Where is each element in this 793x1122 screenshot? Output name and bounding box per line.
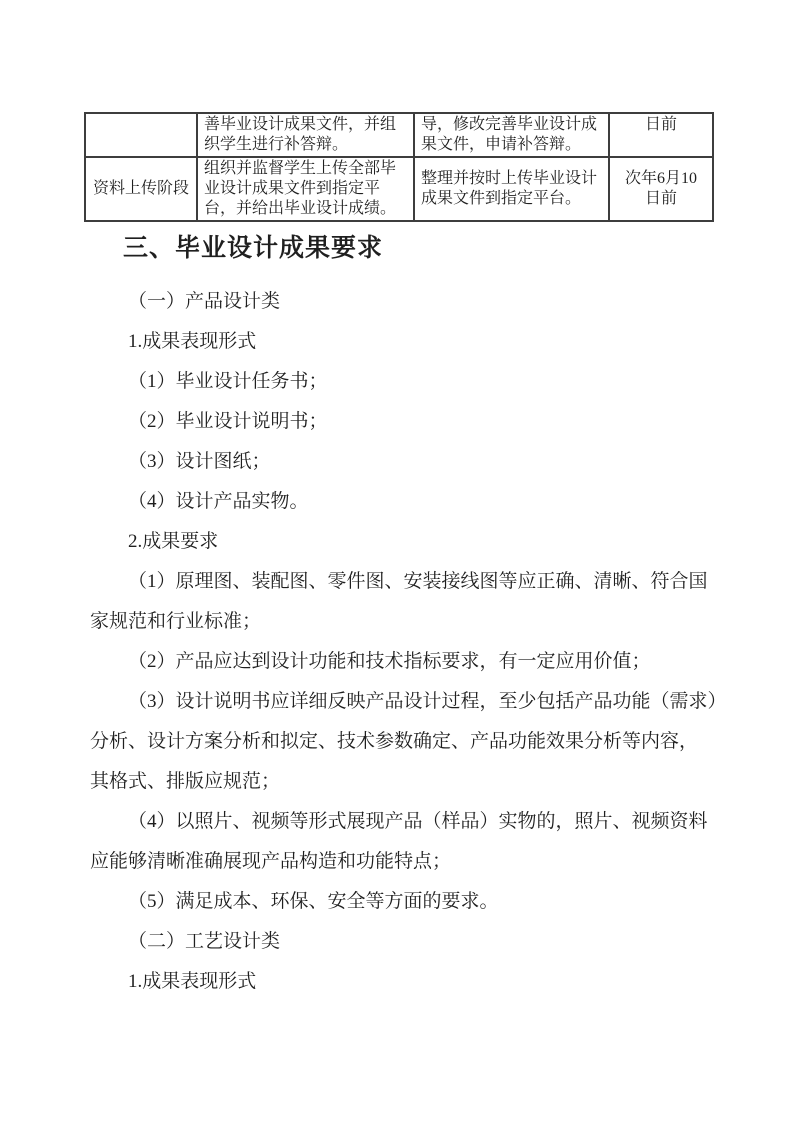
table-cell-student-duty: 导，修改完善毕业设计成果文件，申请补答辩。 (414, 113, 609, 157)
paragraph-item-forms-title: 1.成果表现形式 (90, 322, 750, 362)
table-cell-school-duty: 组织并监督学生上传全部毕业设计成果文件到指定平台，并给出毕业设计成绩。 (197, 157, 414, 221)
table-cell-deadline: 日前 (609, 113, 713, 157)
paragraph-requirement-4: （4）以照片、视频等形式展现产品（样品）实物的，照片、视频资料 应能够清晰准确展… (90, 802, 750, 882)
paragraph-requirement-2: （2）产品应达到设计功能和技术指标要求，有一定应用价值； (90, 642, 750, 682)
paragraph-requirement-1: （1）原理图、装配图、零件图、安装接线图等应正确、清晰、符合国 家规范和行业标准… (90, 562, 750, 642)
paragraph-subsection-1: （一）产品设计类 (90, 282, 750, 322)
paragraph-requirement-3: （3）设计说明书应详细反映产品设计过程，至少包括产品功能（需求） 分析、设计方案… (90, 682, 750, 802)
table-row-upload-phase: 资料上传阶段 组织并监督学生上传全部毕业设计成果文件到指定平台，并给出毕业设计成… (85, 157, 713, 221)
paragraph-requirement-5: （5）满足成本、环保、安全等方面的要求。 (90, 882, 750, 922)
section-heading: 三、毕业设计成果要求 (123, 234, 383, 262)
paragraph-form-3: （3）设计图纸； (90, 442, 750, 482)
paragraph-form-1: （1）毕业设计任务书； (90, 362, 750, 402)
upload-schedule-table: 善毕业设计成果文件，并组织学生进行补答辩。 导，修改完善毕业设计成果文件，申请补… (84, 112, 714, 222)
table-row-continued: 善毕业设计成果文件，并组织学生进行补答辩。 导，修改完善毕业设计成果文件，申请补… (85, 113, 713, 157)
paragraph-subsection-2: （二）工艺设计类 (90, 922, 750, 962)
table-cell-school-duty: 善毕业设计成果文件，并组织学生进行补答辩。 (197, 113, 414, 157)
table-cell-phase: 资料上传阶段 (85, 157, 197, 221)
table-cell-phase (85, 113, 197, 157)
table-cell-student-duty: 整理并按时上传毕业设计成果文件到指定平台。 (414, 157, 609, 221)
document-body: （一）产品设计类 1.成果表现形式 （1）毕业设计任务书； （2）毕业设计说明书… (90, 282, 750, 1002)
paragraph-form-2: （2）毕业设计说明书； (90, 402, 750, 442)
paragraph-item-requirements-title: 2.成果要求 (90, 522, 750, 562)
table-cell-deadline: 次年6月10 日前 (609, 157, 713, 221)
paragraph-form-4: （4）设计产品实物。 (90, 482, 750, 522)
paragraph-item-forms-title-2: 1.成果表现形式 (90, 962, 750, 1002)
document-page: 善毕业设计成果文件，并组织学生进行补答辩。 导，修改完善毕业设计成果文件，申请补… (0, 0, 793, 1122)
